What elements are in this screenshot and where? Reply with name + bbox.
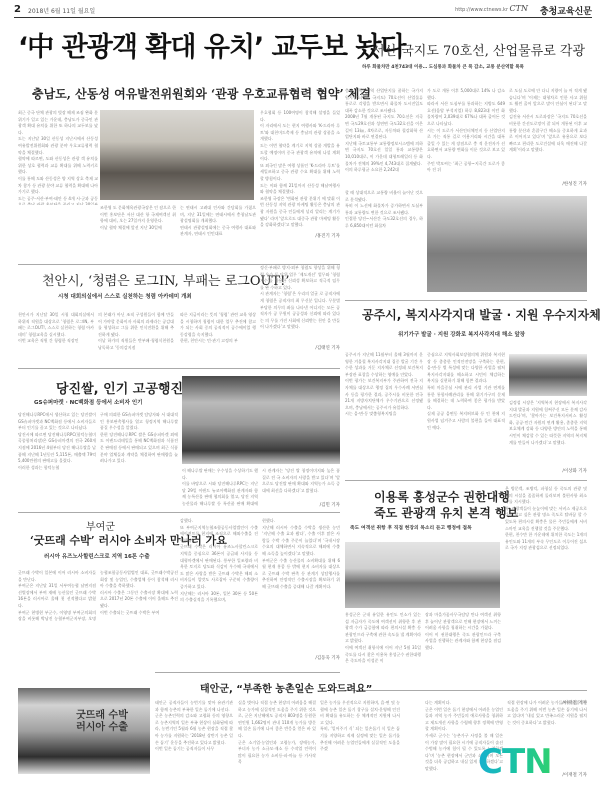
article-body-column: 실을 벗어나 직접 농촌 현장의 어려움을 해결하고 농가에 실질적인 도움을 … [238,700,316,780]
article-body-column: 가 도로 개통 이후 5,000대로 14% 나 감소했다. 따라서 서산 도심… [427,88,505,188]
article-body-column: 구매 의뢰한 GS슈퍼마켓 담당자와 서 대대적인 홍보판촉행사를 열고 청정지… [100,412,178,504]
kicker: 부여군 [86,518,115,533]
article-body-column: 충남 서북부지역 산업단지를 품하는 국가지원지방도(이하 국지도) 70호선이… [345,88,423,188]
divider [18,368,340,369]
article-body-column: 중심으로 지역사회보장협의체 위원과 복지현장 등 촘촘한 인적안전망을 구축하… [427,352,505,452]
headline: 당진쌀, 인기 고공행진 [56,378,183,397]
byline: /한성진 기자 [509,181,587,187]
article-body-column: 장과 마을가꿈사무국담당 만나 여객선 취항 후 늘어난 관광객으로 인해 현장… [425,612,501,652]
headline: 천안시, ‘청렴은 로그IN, 부패는 로그OUT!’ [42,270,290,289]
divider [18,512,340,513]
ctn-watermark-logo: CTN [478,742,552,782]
headline: 공주시, 복지사각지대 발굴 · 지원 우수지자체 선정 [362,306,600,323]
photo-watermelon-export: 굿뜨래 수박 러시아 수출 [18,688,150,774]
photo-rice-promotion [182,376,340,464]
page-number: 2 [14,4,21,15]
article-body-column: 이 해나루쌀 판매는 우수성을 수상하기도 했다. 이를 바탕으로 시와 당진해… [182,468,258,508]
article-body-column: 감했다. 또 부여군지역농협조합공동사업법인이 수출에이전트를 현지에 조직으로… [180,518,258,648]
headline: 서산 국지도 70호선, 산업물류로 각광 [372,40,585,59]
article-body-column: 농협조합공동사업법인 대표, 굿뜨래수박공선회장 및 농업인, 수출업체 등이 … [100,570,178,622]
article-body-column: 태안군 공직자들이 농번기를 맞아 유관기관과 함께 농촌의 부족한 일손 돕기… [155,700,233,780]
article-body-column: 일은 농가를 우선적으로 지원하며, 읍·면 및 농협에 농촌 일손 돕기 창구… [320,700,400,780]
headline-line-1: 이용록 홍성군수 권한대행 [374,488,510,505]
article-body-column: 할 때 상대적으로 교통량 비율이 늘어난 것으로 분석됐다. 특히 이 노선에… [345,190,423,290]
article-body-column: 현했다. 지난해 러시아 수출을 수박을 생산한 농민 ‘지난해 수출 효과 봤… [262,518,340,648]
subheadline: 충남도, 산동성 여유발전위원회와 ‘관광 우호교류협력 협약’ 체결 [32,85,371,102]
article-body-column: 로 도심 도로에 안 다니 지량이 늘 어 적게 됐습니다’며 ‘이제는 대형차… [509,88,587,158]
article-body-column: 조한영 도 문화체육관광국장은 인 잠으로 한 이번 홍보단은 서산 대산 항 … [100,205,176,260]
masthead-logo: CTN [510,4,528,13]
divider [345,300,587,301]
article-body-column: 정신·부패로 방지·외부 청렴도 향상을 위해 청렴 우수 동 당위 업무 ‘제… [260,265,340,340]
article-body-column: 공주시가 지난해 11월부터 올해 3월까지 운영한 겨울철 복지사각지대 집중… [345,352,423,452]
divider [345,480,587,481]
article-body-column: 굿뜨래 수박이 일본에 이어 러시아 소비자들을 만난다. 부여군은 지난달 3… [18,570,96,622]
deck: 러시아 유즈노사할린스크로 지역 16톤 수출 [44,552,150,560]
byline: /김태연 기자 [260,345,340,351]
photo-welfare-center [509,354,587,396]
photo-signing-ceremony [100,110,254,200]
page-header: 2 2018년 6월 11일 월요일 http://www.ctnews.kr … [14,4,592,18]
byline: /홍진기 기자 [260,233,340,239]
divider [345,690,587,691]
deck: 시청 대회의실에서 스스로 실천하는 청렴 아카데미 개최 [58,292,192,300]
article-body-column: 홍성군은 군내 유일한 유인도 인소가 있는 섬 자금자가 죽도에 여객선이 취… [345,612,421,672]
headline: ‘中 관광객 확대 유치’ 교두보 놨다 [18,25,406,64]
byline: /이상화 기자 [509,468,587,474]
issue-date: 2018년 6월 11일 월요일 [28,6,95,15]
byline: /김동욱 기자 [262,655,340,661]
deck: 죽도 여객선 취항 후 직접 현장의 목소리 듣고 행정에 접목 [350,524,472,531]
deck: 위기가구 발굴 · 지원 강화로 복지사각지대 해소 앞장 [398,330,525,338]
newspaper-name: 충청교육신문 [540,4,592,17]
divider [155,672,340,673]
article-body-column: 천안시가 지난달 30일 시청 대회의실에서 하위직 직원을 대상으로 ‘청렴은… [18,312,94,362]
article-body-column: 김정섭 시장은 ‘지역복지 현장에서 복지사각지대 발굴과 지원에 힘써주신 모… [509,400,587,466]
website-url[interactable]: http://www.ctnews.kr [455,7,508,13]
photo-jukdo-visit [345,542,500,608]
article-body-column: 우호협회 등 100여명이 참석해 설명을 들었다. 이 자리에서 도는 현지 … [260,110,340,230]
photo-banner-text: 굿뜨래 수박 러시아 수출 [62,710,142,734]
headline-line-2: 죽도 관광객 유치 본격 행보 [374,504,518,521]
byline: /김민 기자 [262,502,340,508]
article-body-column: 따른 지급이라는 뜻의 ‘청렴’ 관련 교육 영상을 시청하며 청렴이 대한 업… [180,312,256,362]
article-body-column: 직접 현장에 나가 어려운 농가들에게 실질적인 도움을 주기 위해 이번 농촌… [507,700,587,740]
article-body-column: 온 방문객, 조병덕, 파청실 등 죽도의 관광 및 편의 시설을 꼼꼼하게 둘… [505,486,587,566]
article-body-column: 는 연태시 고려대 인사와 간담회를 가졌으며, 지난 31일에는 연태시에서 … [180,205,256,260]
article-body-column: 당진해나루RPC에서 생산하고 있는 당진쌀이 GS슈퍼마켓과 NC백화점 등에… [18,412,96,504]
deck: 하루 화물차만 4천743대 이용… 도심통과 화물차 큰 폭 감소, 교통 분… [362,64,524,70]
photo-highway-aerial [427,196,587,292]
headline: 태안군, “부족한 농촌일손 도와드려요” [200,680,372,695]
article-body-column: 의 본래가 아닌 조직 구성원들이 함께 만들어 가야할 문화이자 사회의 과제… [98,312,174,362]
deck: GS슈퍼마켓 · NC백화점 등에서 소비자 인기 [34,398,142,406]
article-body-column: 최근 중국 단체 관광의 빗장 해제 조짐 완화 분위기가 일고 있는 가운데,… [18,110,98,205]
